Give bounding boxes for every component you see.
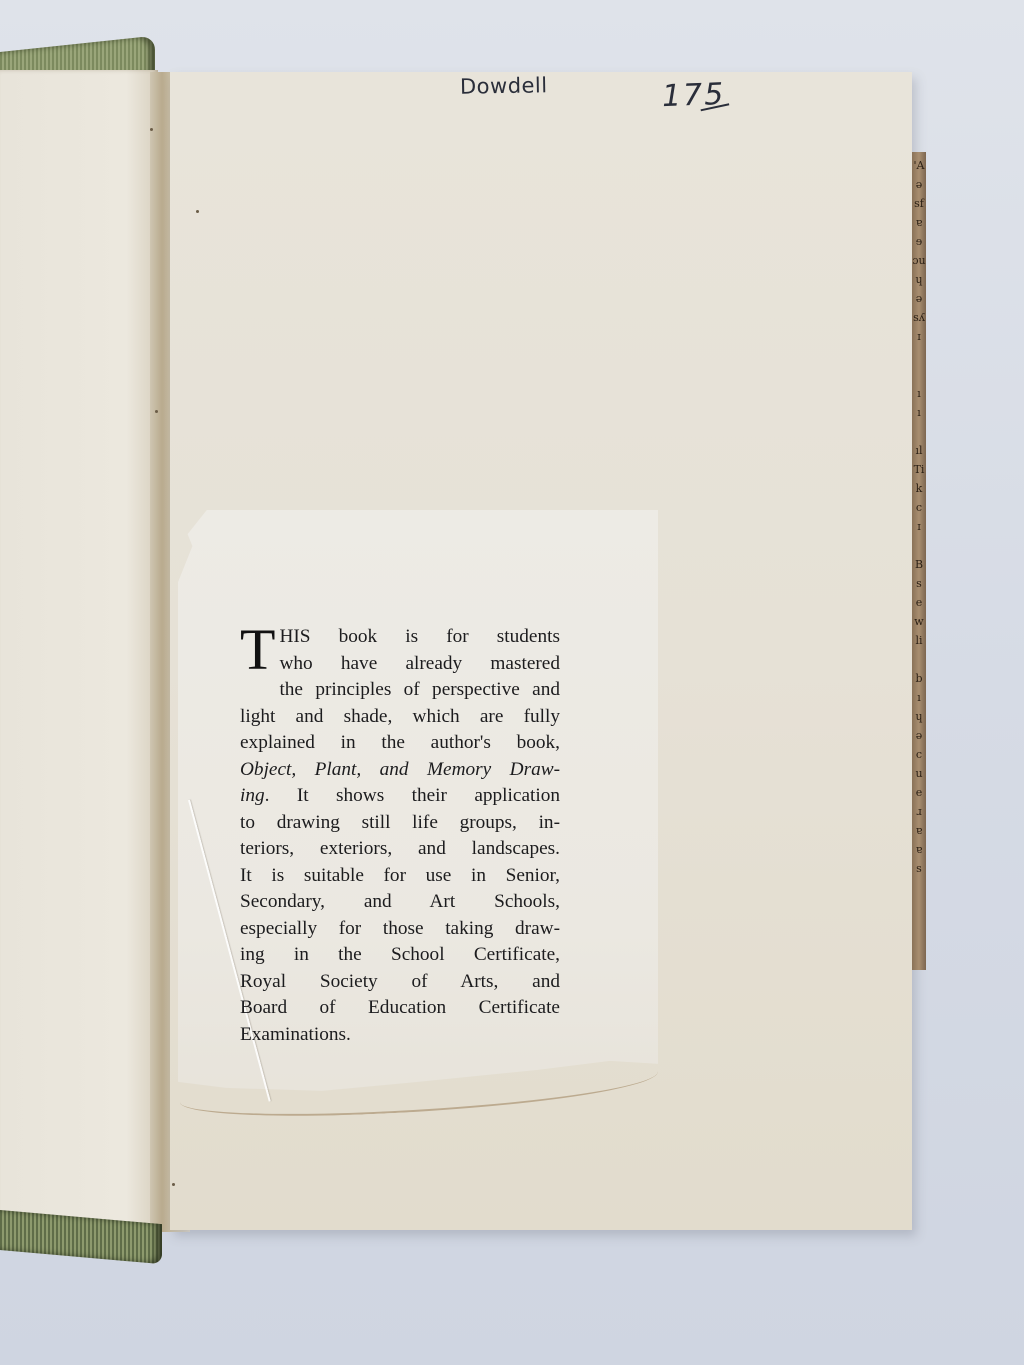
edge-strip-glyph: ı [912, 403, 926, 422]
edge-strip-glyph: c [912, 498, 926, 517]
edge-strip-glyph: ɐ [912, 821, 926, 840]
edge-strip-glyph: ɔu [912, 251, 926, 270]
edge-strip-glyph: 'A [912, 156, 926, 175]
edge-strip-glyph: ɘ [912, 232, 926, 251]
card-description-text: T HIS book is for students who have alre… [240, 624, 560, 1048]
edge-strip-glyph: Ti [912, 460, 926, 479]
handwritten-number: 175 [661, 77, 725, 114]
edge-strip-glyph: sʎ [912, 308, 926, 327]
edge-strip-glyph: ɥ [912, 270, 926, 289]
edge-strip-glyph: ɪ [912, 517, 926, 536]
edge-strip-glyph: ɪ [912, 327, 926, 346]
edge-strip-glyph: ɐ [912, 840, 926, 859]
edge-strip-glyph: k [912, 479, 926, 498]
card-line: to drawing still life groups, in- [240, 810, 560, 837]
card-line: especially for those taking draw- [240, 916, 560, 943]
card-line: HIS book is for students [240, 624, 560, 651]
paper-speck [150, 128, 153, 131]
edge-strip-glyph: e [912, 593, 926, 612]
book-title-italic-end: ing [240, 785, 265, 806]
edge-strip-glyph: sf [912, 194, 926, 213]
card-line-italic-title: Object, Plant, and Memory Draw- [240, 757, 560, 784]
edge-strip-glyph: ɥ [912, 707, 926, 726]
edge-strip-glyph: ə [912, 175, 926, 194]
card-line: It is suitable for use in Senior, [240, 863, 560, 890]
card-line: Secondary, and Art Schools, [240, 889, 560, 916]
edge-strip-glyph [912, 536, 926, 555]
card-line: teriors, exteriors, and landscapes. [240, 836, 560, 863]
card-line: who have already mastered [240, 651, 560, 678]
edge-strip-glyph: ı [912, 688, 926, 707]
paper-speck [155, 410, 158, 413]
card-line-rest: . It shows their application [265, 785, 560, 806]
card-line: Examinations. [240, 1022, 560, 1049]
drop-cap-letter: T [240, 628, 275, 678]
card-line: Royal Society of Arts, and [240, 969, 560, 996]
edge-strip-glyph [912, 346, 926, 365]
edge-strip-glyph: w [912, 612, 926, 631]
edge-strip-glyph: c [912, 745, 926, 764]
paper-speck [196, 210, 199, 213]
card-line: ing. It shows their application [240, 783, 560, 810]
edge-strip-glyph: B [912, 555, 926, 574]
card-line: the principles of perspective and [240, 677, 560, 704]
handwritten-owner-name: Dowdell [460, 73, 548, 99]
edge-strip-glyph [912, 422, 926, 441]
edge-strip-glyph: ə [912, 726, 926, 745]
front-cover-endpaper [0, 70, 158, 1230]
edge-strip-glyph: ı [912, 384, 926, 403]
edge-strip-glyph [912, 650, 926, 669]
edge-strip-glyph: u [912, 764, 926, 783]
edge-strip-glyph: ɐ [912, 213, 926, 232]
edge-strip-glyph: s [912, 859, 926, 878]
edge-strip-glyph: li [912, 631, 926, 650]
edge-strip-glyph [912, 365, 926, 384]
edge-strip-glyph: ıl [912, 441, 926, 460]
card-line: Board of Education Certificate [240, 995, 560, 1022]
edge-strip-glyph: e [912, 783, 926, 802]
card-line: explained in the author's book, [240, 730, 560, 757]
paper-speck [172, 1183, 175, 1186]
edge-strip-glyph: b [912, 669, 926, 688]
page-edge-newsprint-strip: 'Aəsfɐɘɔuɥəsʎɪ ıı ılTikcɪ Bsewli bıɥəcue… [912, 152, 926, 970]
book-title-italic: Object, Plant, and Memory Draw- [240, 759, 560, 780]
edge-strip-glyph: ə [912, 289, 926, 308]
edge-strip-glyph: s [912, 574, 926, 593]
card-line: ing in the School Certificate, [240, 942, 560, 969]
card-line: light and shade, which are fully [240, 704, 560, 731]
edge-strip-glyph: ɹ [912, 802, 926, 821]
